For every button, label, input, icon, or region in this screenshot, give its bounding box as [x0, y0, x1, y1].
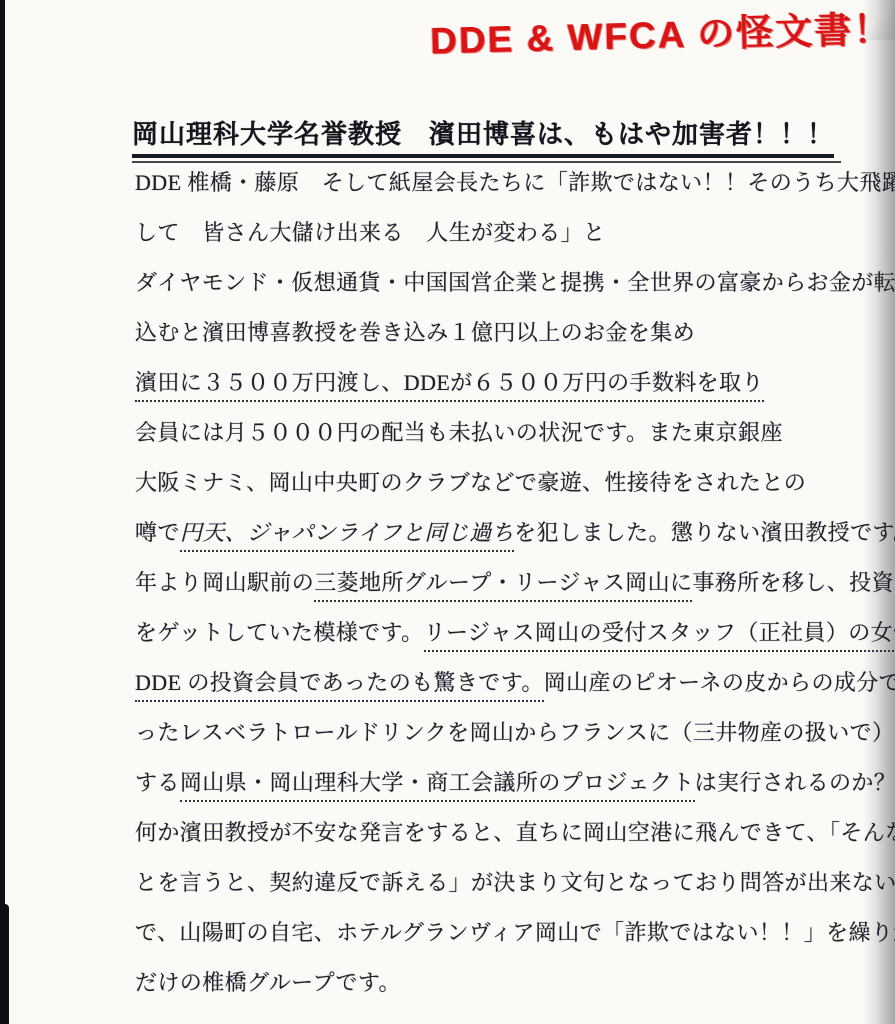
text-segment: だけの椎橋グループです。	[135, 970, 401, 995]
text-segment: 濱田に３５００万円渡し、DDEが６５００万円の手数料を取り	[135, 370, 764, 402]
text-segment: する	[135, 770, 180, 795]
text-segment: を犯しました。懲りない濱田教授です。昨	[514, 520, 895, 545]
scan-edge-black-left	[0, 0, 5, 1024]
text-segment: 込むと濱田博喜教授を巻き込み１億円以上のお金を集め	[135, 320, 695, 345]
text-segment: して 皆さん大儲け出来る 人生が変わる」と	[135, 220, 605, 245]
text-line: 濱田に３５００万円渡し、DDEが６５００万円の手数料を取り	[135, 358, 875, 408]
text-line: 大阪ミナミ、岡山中央町のクラブなどで豪遊、性接待をされたとの	[135, 458, 875, 508]
title-block: 岡山理科大学名誉教授 濱田博喜は、もはや加害者！！！	[132, 114, 834, 163]
text-segment: で、山陽町の自宅、ホテルグランヴィア岡山で「詐欺ではない！！」を繰り返す	[135, 920, 895, 945]
text-segment: リージャス岡山の受付スタッフ（正社員）の女性も	[424, 620, 895, 652]
text-line: で、山陽町の自宅、ホテルグランヴィア岡山で「詐欺ではない！！」を繰り返す	[135, 908, 875, 958]
text-segment: 何か濱田教授が不安な発言をすると、直ちに岡山空港に飛んできて、「そんなこ	[135, 820, 895, 845]
text-segment: 大阪ミナミ、岡山中央町のクラブなどで豪遊、性接待をされたとの	[135, 470, 806, 495]
text-line: 会員には月５０００円の配当も未払いの状況です。また東京銀座	[135, 408, 875, 458]
text-segment: 岡山産のピオーネの皮からの成分で作	[544, 670, 895, 695]
text-line: する岡山県・岡山理科大学・商工会議所のプロジェクトは実行されるのか？	[135, 758, 875, 808]
text-line: ダイヤモンド・仮想通貨・中国国営企業と提携・全世界の富豪からお金が転がり	[135, 258, 875, 308]
text-segment: 三菱地所グループ・リージャス岡山に	[314, 570, 692, 602]
text-segment: は実行されるのか？	[695, 770, 895, 795]
text-segment: ダイヤモンド・仮想通貨・中国国営企業と提携・全世界の富豪からお金が転がり	[135, 270, 895, 295]
text-line: 何か濱田教授が不安な発言をすると、直ちに岡山空港に飛んできて、「そんなこ	[135, 808, 875, 858]
handwritten-red-annotation: DDE & WFCA の怪文書！！	[429, 0, 895, 65]
text-line: DDE 椎橋・藤原 そして紙屋会長たちに「詐欺ではない！！そのうち大飛躍を	[135, 158, 875, 208]
text-line: ったレスベラトロールドリンクを岡山からフランスに（三井物産の扱いで）輸出	[135, 708, 875, 758]
text-segment: 年より岡山駅前の	[135, 570, 314, 595]
text-segment: 円天、ジャパンライフと同じ過ち	[180, 520, 514, 552]
document-title: 岡山理科大学名誉教授 濱田博喜は、もはや加害者！！！	[132, 114, 834, 158]
text-line: して 皆さん大儲け出来る 人生が変わる」と	[135, 208, 875, 258]
text-line: 年より岡山駅前の三菱地所グループ・リージャス岡山に事務所を移し、投資会員	[135, 558, 875, 608]
text-segment: をゲットしていた模様です。	[135, 620, 424, 645]
text-segment: とを言うと、契約違反で訴える」が決まり文句となっており問答が出来ない相手	[135, 870, 895, 895]
text-line: だけの椎橋グループです。	[135, 958, 875, 1008]
text-segment: 会員には月５０００円の配当も未払いの状況です。また東京銀座	[135, 420, 783, 445]
text-line: DDE の投資会員であったのも驚きです。岡山産のピオーネの皮からの成分で作	[135, 658, 875, 708]
text-line: とを言うと、契約違反で訴える」が決まり文句となっており問答が出来ない相手	[135, 858, 875, 908]
text-segment: DDE の投資会員であったのも驚きです。	[135, 670, 544, 702]
text-line: 噂で円天、ジャパンライフと同じ過ちを犯しました。懲りない濱田教授です。昨	[135, 508, 875, 558]
text-segment: 噂で	[135, 520, 180, 545]
text-segment: 事務所を移し、投資会員	[692, 570, 895, 595]
text-segment: ったレスベラトロールドリンクを岡山からフランスに（三井物産の扱いで）輸出	[135, 720, 895, 745]
text-line: をゲットしていた模様です。リージャス岡山の受付スタッフ（正社員）の女性も	[135, 608, 875, 658]
scanned-document-page: DDE & WFCA の怪文書！！ 岡山理科大学名誉教授 濱田博喜は、もはや加害…	[0, 0, 895, 1024]
text-line: 込むと濱田博喜教授を巻き込み１億円以上のお金を集め	[135, 308, 875, 358]
text-segment: DDE 椎橋・藤原 そして紙屋会長たちに「詐欺ではない！！そのうち大飛躍を	[135, 170, 895, 195]
scan-edge-black-blob	[0, 904, 9, 1024]
text-segment: 岡山県・岡山理科大学・商工会議所のプロジェクト	[180, 770, 695, 802]
document-body: DDE 椎橋・藤原 そして紙屋会長たちに「詐欺ではない！！そのうち大飛躍をして …	[135, 158, 875, 1008]
